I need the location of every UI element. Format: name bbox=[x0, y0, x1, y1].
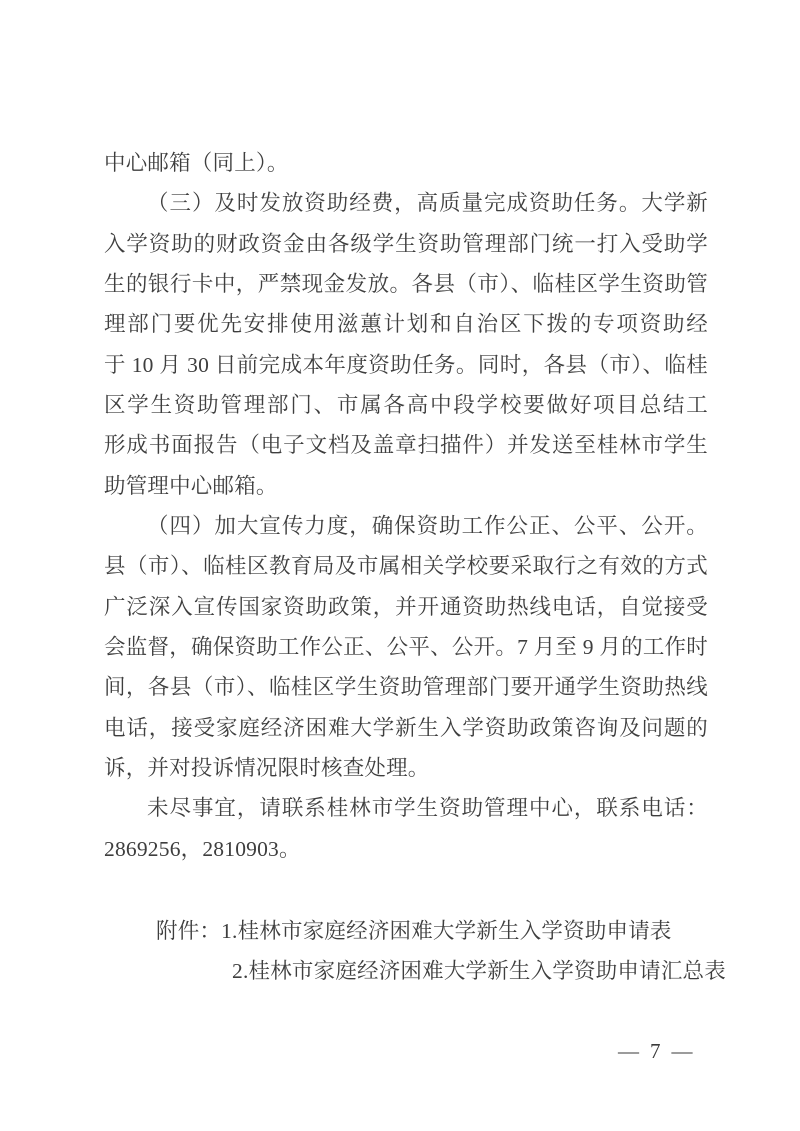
page-number: 7 bbox=[650, 1039, 661, 1064]
document-line: 2869256，2810903。 bbox=[104, 829, 708, 869]
document-line: 广泛深入宣传国家资助政策，并开通资助热线电话，自觉接受社 bbox=[104, 587, 708, 627]
attachments-line: 附件：1.桂林市家庭经济困难大学新生入学资助申请表 bbox=[156, 911, 754, 951]
document-line: （四）加大宣传力度，确保资助工作公正、公平、公开。各 bbox=[104, 506, 708, 546]
document-line: （三）及时发放资助经费，高质量完成资助任务。大学新生 bbox=[104, 183, 708, 223]
document-line: 电话，接受家庭经济困难大学新生入学资助政策咨询及问题的投 bbox=[104, 708, 708, 748]
document-line: 间，各县（市）、临桂区学生资助管理部门要开通学生资助热线 bbox=[104, 667, 708, 707]
attachments-label: 附件： bbox=[156, 919, 221, 943]
document-line: 中心邮箱（同上）。 bbox=[104, 143, 708, 183]
document-line: 入学资助的财政资金由各级学生资助管理部门统一打入受助学 bbox=[104, 224, 708, 264]
footer-dash-right: — bbox=[672, 1039, 693, 1064]
document-page: 中心邮箱（同上）。（三）及时发放资助经费，高质量完成资助任务。大学新生入学资助的… bbox=[0, 0, 800, 1131]
document-line: 区学生资助管理部门、市属各高中段学校要做好项目总结工作， bbox=[104, 385, 708, 425]
page-footer: — 7 — bbox=[618, 1039, 693, 1064]
body-text: 中心邮箱（同上）。（三）及时发放资助经费，高质量完成资助任务。大学新生入学资助的… bbox=[104, 143, 708, 869]
document-line: 生的银行卡中，严禁现金发放。各县（市）、临桂区学生资助管 bbox=[104, 264, 708, 304]
document-line: 助管理中心邮箱。 bbox=[104, 466, 708, 506]
attachment-item: 2.桂林市家庭经济困难大学新生入学资助申请汇总表 bbox=[232, 951, 754, 991]
document-line: 未尽事宜，请联系桂林市学生资助管理中心，联系电话： bbox=[104, 788, 708, 828]
document-line: 理部门要优先安排使用滋蕙计划和自治区下拨的专项资助经费， bbox=[104, 304, 708, 344]
document-line: 形成书面报告（电子文档及盖章扫描件）并发送至桂林市学生资 bbox=[104, 425, 708, 465]
document-line: 于 10 月 30 日前完成本年度资助任务。同时，各县（市）、临桂 bbox=[104, 345, 708, 385]
footer-dash-left: — bbox=[618, 1039, 639, 1064]
attachment-item: 1.桂林市家庭经济困难大学新生入学资助申请表 bbox=[221, 919, 672, 943]
attachments-section: 附件：1.桂林市家庭经济困难大学新生入学资助申请表 2.桂林市家庭经济困难大学新… bbox=[104, 911, 754, 992]
document-line: 诉，并对投诉情况限时核查处理。 bbox=[104, 748, 708, 788]
document-line: 会监督，确保资助工作公正、公平、公开。7 月至 9 月的工作时 bbox=[104, 627, 708, 667]
document-line: 县（市）、临桂区教育局及市属相关学校要采取行之有效的方式 bbox=[104, 546, 708, 586]
